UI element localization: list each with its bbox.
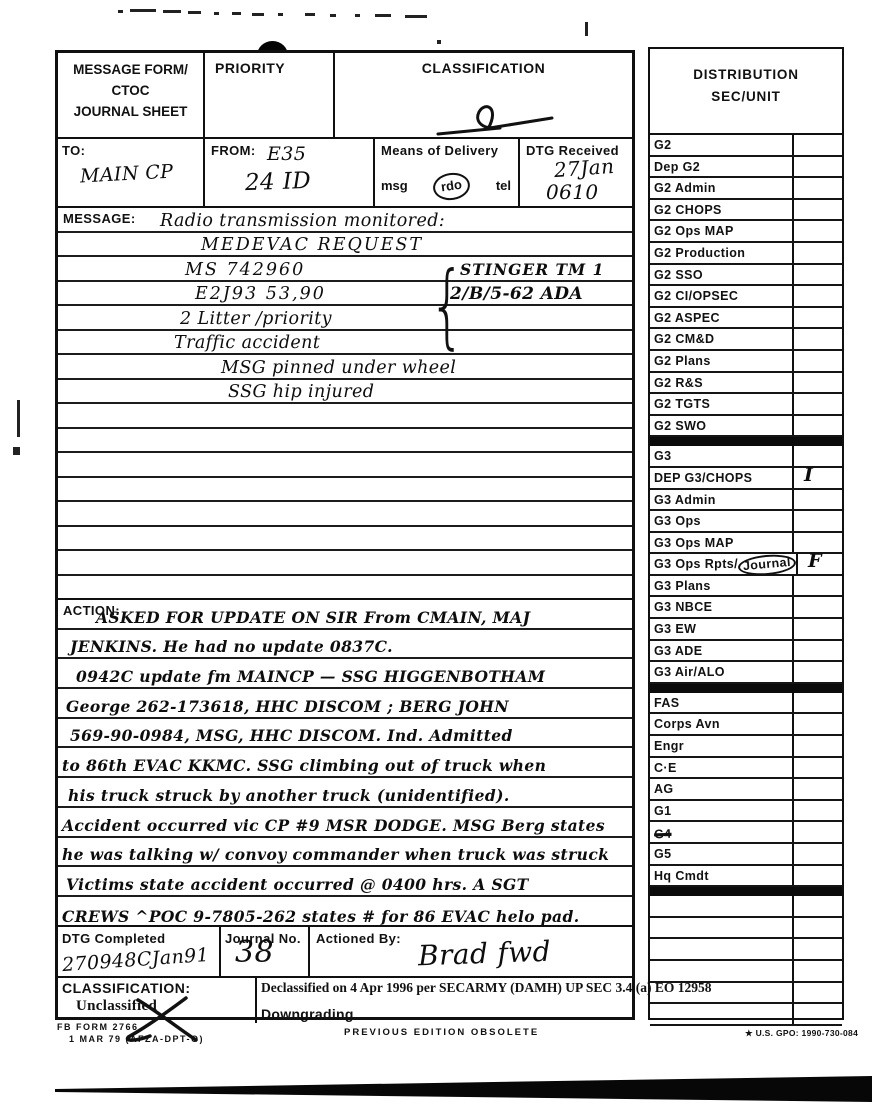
- handwritten-entry: Victims state accident occurred @ 0400 h…: [66, 875, 529, 894]
- scan-artifact: [163, 10, 181, 13]
- ruled-line: [58, 404, 632, 429]
- declassified-note: Declassified on 4 Apr 1996 per SECARMY (…: [261, 980, 712, 996]
- distribution-check-cell: [792, 157, 842, 177]
- handwritten-distribution-mark: F: [808, 550, 822, 572]
- distribution-row: AG: [650, 779, 842, 801]
- section-divider: [650, 437, 842, 446]
- distribution-check-cell: [792, 394, 842, 414]
- distribution-check-cell: [792, 200, 842, 220]
- scanned-journal-sheet: MESSAGE FORM/ CTOC JOURNAL SHEET PRIORIT…: [0, 0, 872, 1112]
- distribution-row-label: [650, 939, 792, 959]
- scan-artifact: [13, 447, 20, 455]
- ruled-line: 0942C update fm MAINCP — SSG HIGGENBOTHA…: [58, 659, 632, 689]
- distribution-row: G1: [650, 801, 842, 823]
- scan-artifact: [232, 12, 241, 15]
- distribution-row: G5: [650, 844, 842, 866]
- handwritten-entry: CREWS ^POC 9-7805-262 states # for 86 EV…: [62, 907, 580, 926]
- from-label: FROM:: [211, 143, 256, 158]
- scan-artifact: [437, 40, 441, 44]
- distribution-row-label: G2 SSO: [650, 265, 792, 285]
- distribution-check-cell: [792, 490, 842, 510]
- distribution-row-label: G4: [650, 820, 793, 845]
- distribution-check-cell: [792, 961, 842, 981]
- scan-artifact: [375, 14, 391, 17]
- distribution-row: G2 Admin: [650, 178, 842, 200]
- scan-artifact: [355, 14, 360, 17]
- distribution-check-cell: I: [792, 468, 842, 488]
- message-form: MESSAGE FORM/ CTOC JOURNAL SHEET PRIORIT…: [55, 50, 635, 1020]
- scan-artifact-wedge: [0, 1070, 872, 1112]
- distribution-row: G2 R&S: [650, 373, 842, 395]
- distribution-row: G2 SSO: [650, 265, 842, 287]
- to-value-handwriting: MAIN CP: [79, 161, 173, 188]
- distribution-row: G3 Ops Rpts/JournalF: [650, 554, 842, 576]
- distribution-row: Hq Cmdt: [650, 866, 842, 888]
- ruled-line: SSG hip injured: [58, 380, 632, 405]
- scan-artifact: [278, 13, 283, 16]
- distribution-check-cell: [792, 373, 842, 393]
- distribution-row: DEP G3/CHOPSI: [650, 468, 842, 490]
- distribution-check-cell: [792, 983, 842, 1003]
- distribution-row-label: G2 R&S: [650, 373, 792, 393]
- distribution-row: G3 NBCE: [650, 597, 842, 619]
- handwritten-entry: E2J93 53,90: [195, 284, 326, 304]
- ruled-line: [58, 502, 632, 527]
- distribution-row-label: G3 Ops: [650, 511, 792, 531]
- distribution-header-line: DISTRIBUTION: [650, 64, 842, 86]
- distribution-row-label: G3 Ops Rpts/Journal: [650, 554, 796, 574]
- distribution-row: FAS: [650, 693, 842, 715]
- handwritten-entry: he was talking w/ convoy commander when …: [62, 845, 609, 864]
- distribution-row-label: G3 ADE: [650, 641, 792, 661]
- scan-artifact: [118, 10, 123, 13]
- scan-artifact: [330, 14, 336, 17]
- scan-artifact: [130, 9, 156, 12]
- distribution-row: G2 CI/OPSEC: [650, 286, 842, 308]
- distribution-rows: G2Dep G2G2 AdminG2 CHOPSG2 Ops MAPG2 Pro…: [650, 135, 842, 1026]
- distribution-check-cell: [792, 693, 842, 713]
- scan-artifact: [405, 15, 427, 18]
- distribution-check-cell: [792, 135, 842, 155]
- means-of-delivery-label: Means of Delivery: [381, 143, 498, 158]
- dtg-received-handwriting: 27Jan: [553, 154, 615, 182]
- ruled-line: JENKINS. He had no update 0837C.: [58, 630, 632, 660]
- distribution-check-cell: [792, 918, 842, 938]
- distribution-row-label: G2 ASPEC: [650, 308, 792, 328]
- distribution-row-label: Engr: [650, 736, 792, 756]
- distribution-row: Engr: [650, 736, 842, 758]
- distribution-row-label: G2 SWO: [650, 416, 792, 436]
- actioned-by-label: Actioned By:: [316, 931, 401, 946]
- ruled-line: [58, 576, 632, 601]
- distribution-row-label: AG: [650, 779, 792, 799]
- brace-note-handwriting: STINGER TM 1: [460, 260, 604, 279]
- priority-label: PRIORITY: [215, 60, 285, 76]
- distribution-check-cell: [792, 939, 842, 959]
- distribution-row-label: G2 CM&D: [650, 329, 792, 349]
- classification-footer-row: CLASSIFICATION: Unclassified Declassifie…: [58, 978, 632, 1023]
- ruled-line: Traffic accident: [58, 331, 632, 356]
- ruled-line: CREWS ^POC 9-7805-262 states # for 86 EV…: [58, 897, 632, 927]
- distribution-check-cell: [792, 822, 842, 842]
- distribution-check-cell: [792, 714, 842, 734]
- distribution-row: G3 EW: [650, 619, 842, 641]
- distribution-check-cell: [792, 736, 842, 756]
- distribution-row: [650, 939, 842, 961]
- handwritten-entry: Traffic accident: [174, 333, 320, 353]
- distribution-check-cell: [792, 866, 842, 886]
- distribution-check-cell: [792, 758, 842, 778]
- distribution-row-label: Corps Avn: [650, 714, 792, 734]
- distribution-row: C·E: [650, 758, 842, 780]
- actioned-by-handwriting: Brad fwd: [417, 935, 551, 973]
- scan-artifact: [585, 22, 588, 36]
- action-label: ACTION:: [63, 603, 120, 618]
- distribution-row-label: G2 TGTS: [650, 394, 792, 414]
- distribution-check-cell: [792, 641, 842, 661]
- handwritten-entry: ASKED FOR UPDATE ON SIR From CMAIN, MAJ: [96, 608, 530, 627]
- message-label: MESSAGE:: [63, 211, 136, 226]
- distribution-row-label: Dep G2: [650, 157, 792, 177]
- form-title: MESSAGE FORM/ CTOC JOURNAL SHEET: [58, 53, 203, 137]
- distribution-row: G3 Admin: [650, 490, 842, 512]
- from-callsign-handwriting: E35: [267, 143, 306, 165]
- handwritten-entry: Radio transmission monitored:: [160, 211, 445, 231]
- distribution-row-label: G3 Ops MAP: [650, 533, 792, 553]
- distribution-row: G2 ASPEC: [650, 308, 842, 330]
- distribution-row-label: DEP G3/CHOPS: [650, 468, 792, 488]
- distribution-row-label: G3 NBCE: [650, 597, 792, 617]
- distribution-header: DISTRIBUTION SEC/UNIT: [650, 49, 842, 135]
- handwritten-entry: to 86th EVAC KKMC. SSG climbing out of t…: [62, 756, 546, 775]
- distribution-header-line: SEC/UNIT: [650, 86, 842, 108]
- previous-edition-note: PREVIOUS EDITION OBSOLETE: [344, 1027, 539, 1038]
- distribution-row: G3 Ops: [650, 511, 842, 533]
- distribution-check-cell: [792, 779, 842, 799]
- ruled-line: ASKED FOR UPDATE ON SIR From CMAIN, MAJ: [58, 600, 632, 630]
- delivery-option-rdo-circled: rdo: [432, 171, 472, 203]
- distribution-row-label: G2 CI/OPSEC: [650, 286, 792, 306]
- ruled-line: Victims state accident occurred @ 0400 h…: [58, 867, 632, 897]
- handwritten-entry: George 262-173618, HHC DISCOM ; BERG JOH…: [66, 697, 509, 716]
- completion-row: DTG Completed 270948CJan91 Journal No. 3…: [58, 927, 632, 978]
- distribution-check-cell: [792, 308, 842, 328]
- distribution-row: [650, 896, 842, 918]
- ruled-line: 2 Litter /priority: [58, 306, 632, 331]
- form-title-line: JOURNAL SHEET: [58, 102, 203, 123]
- distribution-check-cell: [792, 662, 842, 682]
- scan-artifact: [188, 11, 201, 14]
- distribution-check-cell: [792, 801, 842, 821]
- ruled-line: MSG pinned under wheel: [58, 355, 632, 380]
- distribution-row-label: G1: [650, 801, 792, 821]
- distribution-check-cell: [792, 265, 842, 285]
- distribution-row: G2 SWO: [650, 416, 842, 438]
- distribution-row: G2 Ops MAP: [650, 221, 842, 243]
- form-title-line: CTOC: [58, 81, 203, 102]
- distribution-row: G2 CHOPS: [650, 200, 842, 222]
- dtg-completed-handwriting: 270948CJan91: [61, 944, 209, 976]
- scan-artifact: [252, 13, 264, 16]
- distribution-row-label: G2 Production: [650, 243, 792, 263]
- distribution-row-label: G3 Air/ALO: [650, 662, 792, 682]
- ruled-line: 569-90-0984, MSG, HHC DISCOM. Ind. Admit…: [58, 719, 632, 749]
- distribution-row: G3 ADE: [650, 641, 842, 663]
- ruled-line: [58, 429, 632, 454]
- distribution-check-cell: [792, 243, 842, 263]
- to-label: TO:: [62, 143, 85, 158]
- distribution-row: Corps Avn: [650, 714, 842, 736]
- distribution-row: Dep G2: [650, 157, 842, 179]
- message-section: MESSAGE: Radio transmission monitored:ME…: [58, 208, 632, 600]
- distribution-check-cell: [792, 178, 842, 198]
- ruled-line: Accident occurred vic CP #9 MSR DODGE. M…: [58, 808, 632, 838]
- distribution-row: G2 CM&D: [650, 329, 842, 351]
- ruled-line: to 86th EVAC KKMC. SSG climbing out of t…: [58, 748, 632, 778]
- distribution-check-cell: [792, 1004, 842, 1024]
- handwritten-entry: MEDEVAC REQUEST: [201, 235, 423, 255]
- distribution-row-label: G2 Ops MAP: [650, 221, 792, 241]
- distribution-check-cell: [792, 446, 842, 466]
- distribution-row: G2 TGTS: [650, 394, 842, 416]
- delivery-option-tel: tel: [496, 178, 511, 200]
- handwritten-entry: 2 Litter /priority: [180, 309, 332, 329]
- delivery-option-msg: msg: [381, 178, 408, 200]
- handwritten-entry: JENKINS. He had no update 0837C.: [70, 637, 393, 656]
- distribution-row: G2: [650, 135, 842, 157]
- distribution-check-cell: [792, 416, 842, 436]
- journal-no-handwriting: 38: [235, 935, 274, 970]
- distribution-row-label: G3 Admin: [650, 490, 792, 510]
- handwritten-entry: MS 742960: [185, 260, 305, 280]
- distribution-row: G2 Plans: [650, 351, 842, 373]
- classification-footer-label: CLASSIFICATION:: [62, 980, 191, 996]
- distribution-row-label: G2: [650, 135, 792, 155]
- ruled-line: [58, 527, 632, 552]
- scan-artifact: [17, 400, 20, 437]
- ruled-line: MEDEVAC REQUEST: [58, 233, 632, 258]
- distribution-check-cell: F: [796, 554, 842, 574]
- distribution-row: G4: [650, 822, 842, 844]
- distribution-row-label: G2 CHOPS: [650, 200, 792, 220]
- distribution-row-label: G3: [650, 446, 792, 466]
- distribution-check-cell: [792, 511, 842, 531]
- handwritten-classification-mark: [430, 101, 560, 141]
- ruled-line: [58, 453, 632, 478]
- distribution-check-cell: [792, 351, 842, 371]
- scan-artifact: [305, 13, 315, 16]
- distribution-row: G2 Production: [650, 243, 842, 265]
- handwritten-entry: 569-90-0984, MSG, HHC DISCOM. Ind. Admit…: [70, 726, 513, 745]
- distribution-row: G3 Air/ALO: [650, 662, 842, 684]
- distribution-row-label: [650, 961, 792, 981]
- ruled-line: his truck struck by another truck (unide…: [58, 778, 632, 808]
- distribution-row-label: G3 EW: [650, 619, 792, 639]
- dtg-received-handwriting: 0610: [546, 180, 599, 204]
- distribution-row-label: FAS: [650, 693, 792, 713]
- gpo-print-note: ★ U.S. GPO: 1990-730-084: [745, 1028, 858, 1039]
- distribution-row-label: G2 Admin: [650, 178, 792, 198]
- handwritten-distribution-mark: I: [804, 464, 813, 486]
- dtg-completed-label: DTG Completed: [62, 931, 165, 946]
- distribution-row-label: G5: [650, 844, 792, 864]
- form-header-row: MESSAGE FORM/ CTOC JOURNAL SHEET PRIORIT…: [58, 53, 632, 139]
- brace-note-handwriting: 2/B/5-62 ADA: [450, 284, 583, 304]
- section-divider: [650, 887, 842, 896]
- ruled-line: [58, 551, 632, 576]
- ruled-line: [58, 478, 632, 503]
- distribution-check-cell: [792, 329, 842, 349]
- handwritten-unclassified-mark: [120, 996, 210, 1044]
- distribution-row: G3 Plans: [650, 576, 842, 598]
- scan-artifact: [214, 12, 219, 15]
- distribution-check-cell: [792, 896, 842, 916]
- action-ruled-lines: ASKED FOR UPDATE ON SIR From CMAIN, MAJJ…: [58, 600, 632, 927]
- classification-label: CLASSIFICATION: [422, 60, 545, 76]
- ruled-line: he was talking w/ convoy commander when …: [58, 838, 632, 868]
- delivery-options: msg rdo tel: [381, 178, 511, 200]
- distribution-row-label: [650, 918, 792, 938]
- handwritten-entry: MSG pinned under wheel: [221, 358, 456, 378]
- action-section: ACTION: ASKED FOR UPDATE ON SIR From CMA…: [58, 600, 632, 927]
- distribution-row-label: G2 Plans: [650, 351, 792, 371]
- distribution-check-cell: [792, 619, 842, 639]
- routing-row: TO: MAIN CP FROM: E35 24 ID Means of Del…: [58, 139, 632, 208]
- downgrading-label: Downgrading: [261, 1006, 354, 1022]
- distribution-row: [650, 1004, 842, 1026]
- distribution-check-cell: [792, 844, 842, 864]
- from-unit-handwriting: 24 ID: [245, 168, 312, 196]
- section-divider: [650, 684, 842, 693]
- ruled-line: Radio transmission monitored:: [58, 208, 632, 233]
- distribution-column: DISTRIBUTION SEC/UNIT G2Dep G2G2 AdminG2…: [648, 47, 844, 1020]
- distribution-row-label: Hq Cmdt: [650, 866, 792, 886]
- distribution-row: [650, 918, 842, 940]
- distribution-check-cell: [792, 221, 842, 241]
- ruled-line: George 262-173618, HHC DISCOM ; BERG JOH…: [58, 689, 632, 719]
- distribution-row-label: C·E: [650, 758, 792, 778]
- form-title-line: MESSAGE FORM/: [58, 60, 203, 81]
- distribution-check-cell: [792, 286, 842, 306]
- circled-word-mark: Journal: [737, 553, 796, 578]
- distribution-check-cell: [792, 576, 842, 596]
- distribution-row-label: [650, 896, 792, 916]
- handwritten-brace: {: [429, 260, 465, 352]
- handwritten-entry: his truck struck by another truck (unide…: [68, 786, 510, 805]
- handwritten-entry: Accident occurred vic CP #9 MSR DODGE. M…: [62, 816, 605, 835]
- distribution-row-label: G3 Plans: [650, 576, 792, 596]
- distribution-check-cell: [792, 597, 842, 617]
- distribution-row-label: [650, 1004, 792, 1024]
- handwritten-entry: 0942C update fm MAINCP — SSG HIGGENBOTHA…: [76, 667, 545, 686]
- handwritten-entry: SSG hip injured: [228, 382, 374, 402]
